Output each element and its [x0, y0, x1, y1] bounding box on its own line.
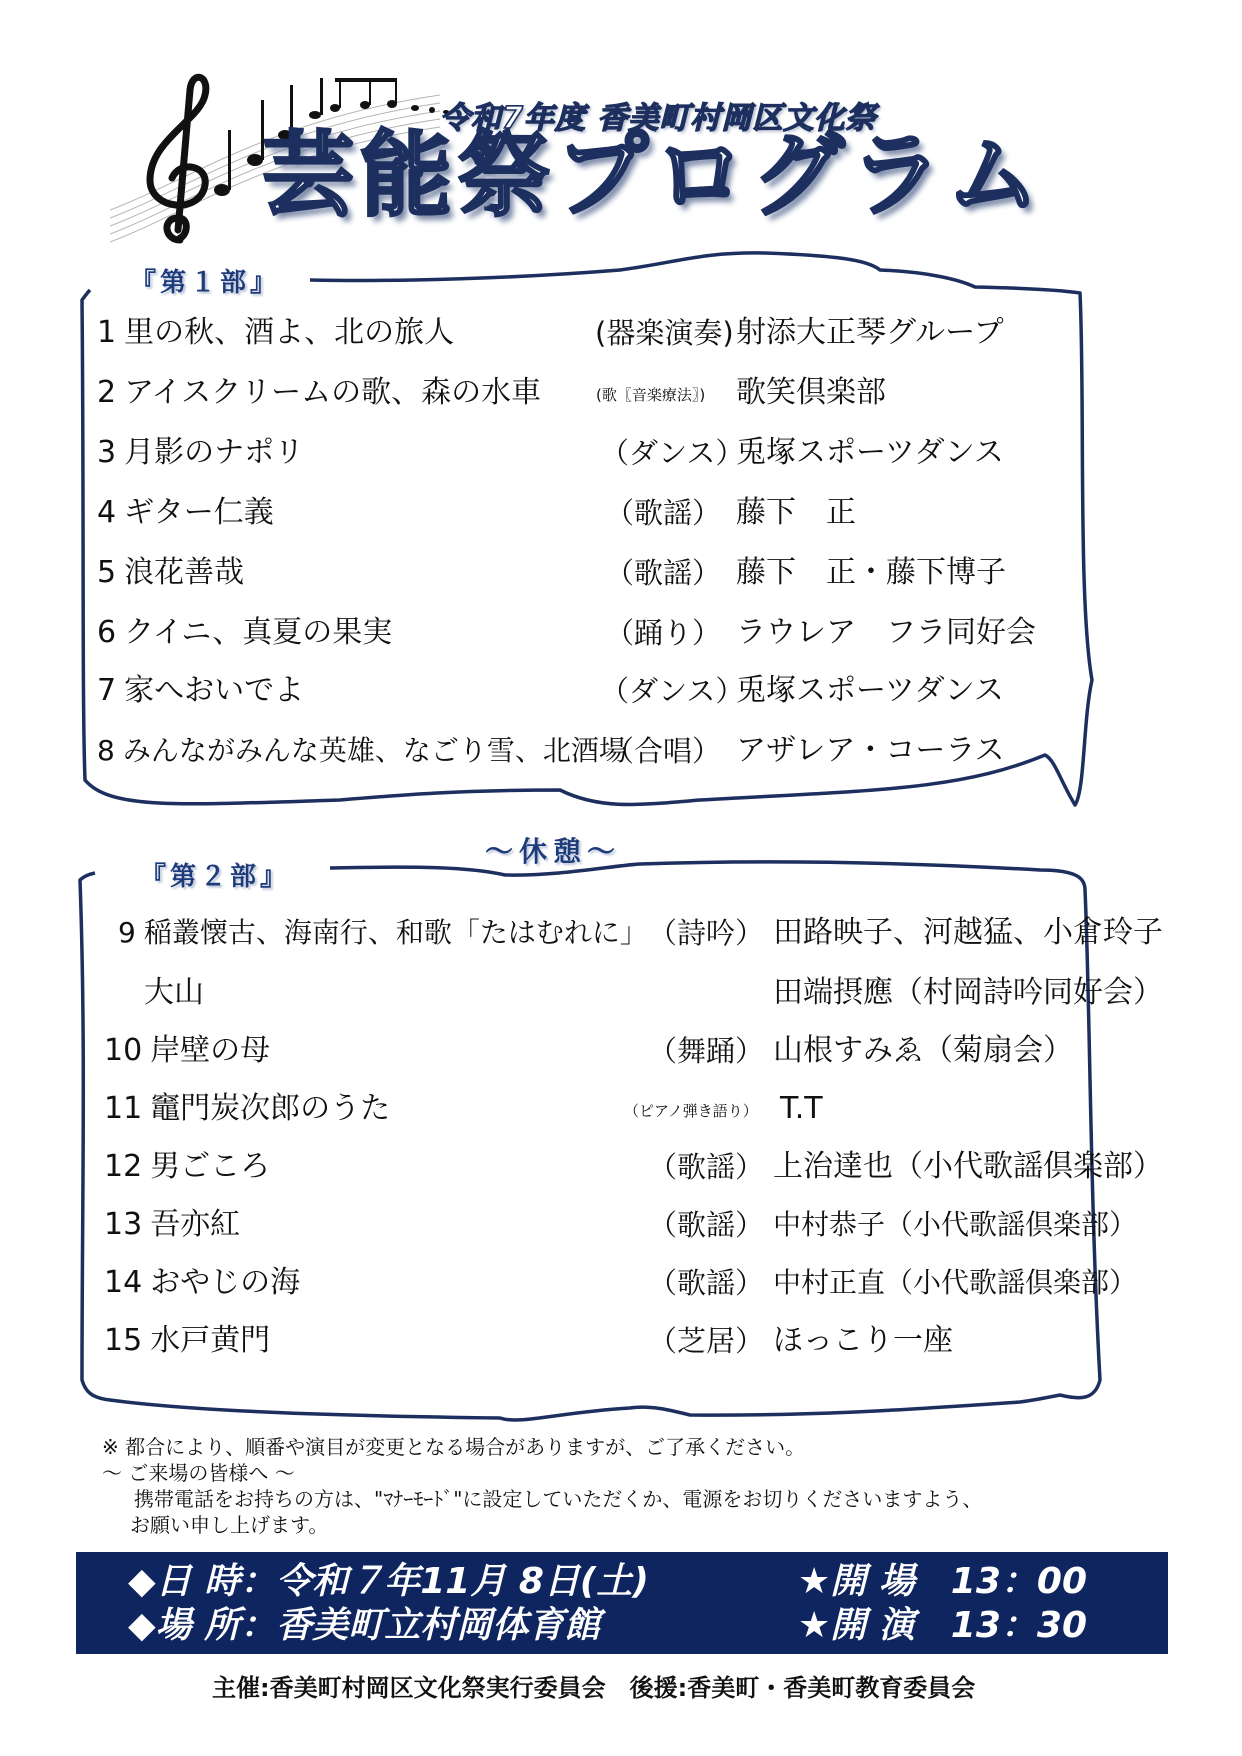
list-item: 2アイスクリームの歌、森の水車 [97, 368, 541, 418]
item-performer: ラウレア フラ同好会 [736, 608, 1036, 658]
list-item: 4ギター仁義 [97, 488, 274, 538]
phone-notice: 携帯電話をお持ちの方は、"ﾏﾅｰﾓｰﾄﾞ"に設定していただくか、電源をお切りくだ… [102, 1486, 982, 1512]
item-number: 4 [97, 488, 116, 538]
item-genre: （ピアノ弾き語り） [624, 1086, 758, 1136]
item-title: ギター仁義 [124, 495, 274, 530]
intermission-label: ～休憩～ [485, 830, 621, 870]
item-genre: （歌謡） [605, 548, 721, 598]
audience-greeting: ～ ご来場の皆様へ ～ [102, 1460, 982, 1486]
item-performer: 上治達也（小代歌謡倶楽部） [773, 1142, 1163, 1192]
item-performer: 中村正直（小代歌謡倶楽部） [773, 1258, 1137, 1308]
part2-heading: 『第２部』 [140, 856, 290, 893]
list-item: 5浪花善哉 [97, 548, 244, 598]
treble-clef-icon [150, 77, 206, 240]
item-number: 11 [104, 1084, 142, 1134]
start-time: ★開 演 13：30 [798, 1604, 1087, 1648]
page-title: 芸能祭プログラム [262, 130, 1045, 222]
item-genre: （舞踊） [648, 1026, 764, 1076]
item-title: 浪花善哉 [124, 555, 244, 590]
item-title: 吾亦紅 [150, 1207, 240, 1242]
item-performer: 射添大正琴グループ [736, 308, 1004, 358]
item-title: 竈門炭次郎のうた [150, 1091, 390, 1126]
list-item: 9稲叢懐古、海南行、和歌「たはむれに」 [118, 908, 648, 958]
list-item: 10岸壁の母 [104, 1026, 270, 1076]
list-item: 13吾亦紅 [104, 1200, 240, 1250]
phone-notice-continued: お願い申し上げます。 [102, 1512, 982, 1538]
item-number: 3 [97, 428, 116, 478]
notice-text: ※ 都合により、順番や演目が変更となる場合がありますが、ご了承ください。 ～ ご… [102, 1434, 982, 1538]
item-title: おやじの海 [150, 1265, 300, 1300]
item-title-continued: 大山 [144, 968, 204, 1018]
item-number: 1 [97, 308, 116, 358]
item-number: 2 [97, 368, 116, 418]
list-item: 3月影のナポリ [97, 428, 304, 478]
item-title: クイニ、真夏の果実 [124, 615, 392, 650]
item-number: 15 [104, 1316, 142, 1366]
event-venue: ◆場 所：香美町立村岡体育館 [128, 1604, 600, 1648]
list-item: 1里の秋、酒よ、北の旅人 [97, 308, 454, 358]
item-performer: 兎塚スポーツダンス [736, 666, 1004, 716]
part1-heading: 『第１部』 [130, 262, 280, 299]
list-item: 7家へおいでよ [97, 666, 304, 716]
item-performer: ほっこり一座 [773, 1316, 953, 1366]
item-performer: 中村恭子（小代歌謡倶楽部） [773, 1200, 1137, 1250]
item-number: 12 [104, 1142, 142, 1192]
item-title: みんながみんな英雄、なごり雪、北酒場 [123, 734, 627, 767]
item-performer: 歌笑倶楽部 [736, 368, 886, 418]
item-performer: 田路映子、河越猛、小倉玲子 [773, 908, 1163, 958]
item-number: 9 [118, 908, 136, 958]
item-number: 8 [97, 726, 115, 776]
list-item: 14おやじの海 [104, 1258, 300, 1308]
item-number: 10 [104, 1026, 142, 1076]
item-genre: （詩吟） [648, 908, 764, 958]
item-genre: （合唱） [605, 726, 721, 776]
item-genre: （ダンス） [600, 666, 744, 716]
item-performer: 藤下 正・藤下博子 [736, 548, 1006, 598]
item-title: 岸壁の母 [150, 1033, 270, 1068]
item-genre: （踊り） [605, 608, 721, 658]
doors-open-time: ★開 場 13：00 [798, 1560, 1087, 1604]
item-performer: アザレア・コーラス [736, 726, 1005, 776]
item-number: 5 [97, 548, 116, 598]
list-item: 15水戸黄門 [104, 1316, 270, 1366]
event-date: ◆日 時：令和７年11月 8日(土) [128, 1560, 649, 1604]
item-number: 7 [97, 666, 116, 716]
event-info-band: ◆日 時：令和７年11月 8日(土) ◆場 所：香美町立村岡体育館 ★開 場 1… [76, 1552, 1168, 1654]
list-item: 11竈門炭次郎のうた [104, 1084, 390, 1134]
list-item: 12男ごころ [104, 1142, 270, 1192]
item-performer: 兎塚スポーツダンス [736, 428, 1004, 478]
item-title: アイスクリームの歌、森の水車 [124, 375, 541, 410]
item-genre: (歌〖音楽療法〗) [596, 370, 705, 420]
item-number: 13 [104, 1200, 142, 1250]
item-title: 家へおいでよ [124, 673, 304, 708]
schedule-change-note: ※ 都合により、順番や演目が変更となる場合がありますが、ご了承ください。 [102, 1434, 982, 1460]
sponsors-line: 主催:香美町村岡区文化祭実行委員会 後援:香美町・香美町教育委員会 [212, 1668, 975, 1703]
item-performer: T.T [780, 1084, 823, 1134]
item-title: 稲叢懐古、海南行、和歌「たはむれに」 [144, 916, 648, 949]
item-performer: 藤下 正 [736, 488, 856, 538]
item-genre: (器楽演奏) [595, 308, 734, 358]
item-genre: （ダンス） [600, 428, 744, 478]
item-title: 里の秋、酒よ、北の旅人 [124, 315, 454, 350]
item-title: 水戸黄門 [150, 1323, 270, 1358]
item-number: 6 [97, 608, 116, 658]
list-item: 8みんながみんな英雄、なごり雪、北酒場 [97, 726, 627, 776]
item-title: 男ごころ [150, 1149, 270, 1184]
item-number: 14 [104, 1258, 142, 1308]
item-genre: （歌謡） [605, 488, 721, 538]
item-genre: （芝居） [648, 1316, 764, 1366]
list-item: 6クイニ、真夏の果実 [97, 608, 392, 658]
item-performer: 山根すみゑ（菊扇会） [773, 1026, 1073, 1076]
item-genre: （歌謡） [648, 1142, 764, 1192]
item-genre: （歌謡） [648, 1200, 764, 1250]
item-title: 月影のナポリ [124, 435, 304, 470]
item-genre: （歌謡） [648, 1258, 764, 1308]
item-performer-continued: 田端摂應（村岡詩吟同好会） [773, 968, 1163, 1018]
